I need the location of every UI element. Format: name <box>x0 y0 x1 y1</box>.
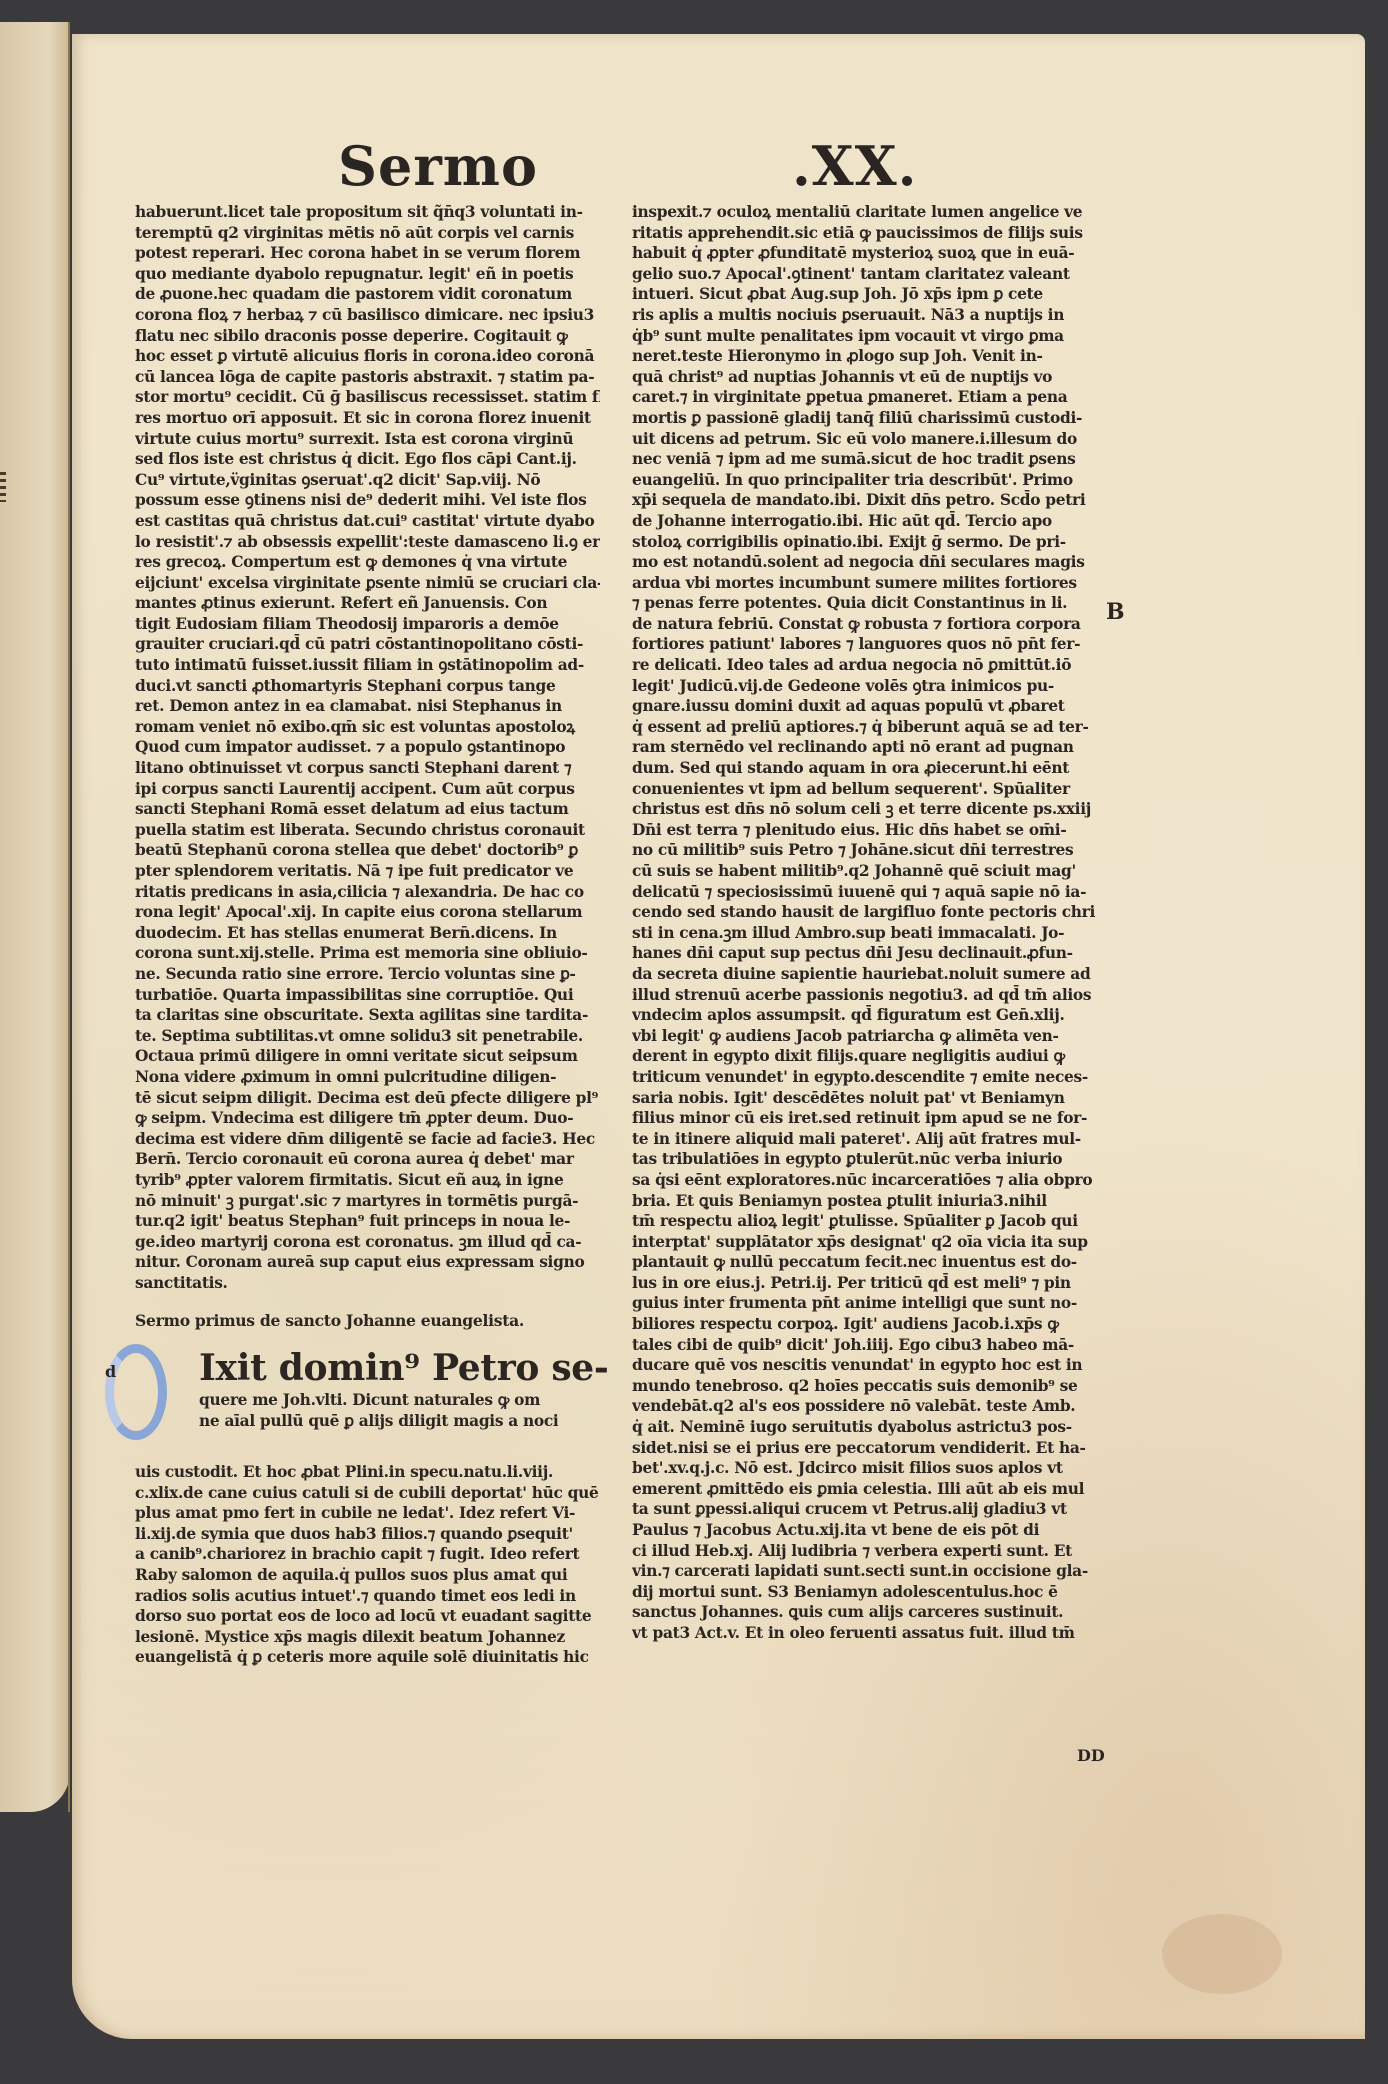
text-line: radios solis acutius intuet'.⁊ quando ti… <box>135 1586 600 1607</box>
text-line: gnare.iussu domini duxit ad aquas populū… <box>632 696 1104 717</box>
text-line: ritatis predicans in asia,cilicia ⁊ alex… <box>135 882 600 903</box>
text-line: habuit q̇ ꝓpter ꝓfunditatē mysterioꝝ suo… <box>632 243 1104 264</box>
text-line: est castitas quā christus dat.cui⁹ casti… <box>135 511 600 532</box>
text-line: Bern̄. Tercio coronauit eū corona aurea … <box>135 1149 600 1170</box>
text-line: uit dicens ad petrum. Sic eū volo manere… <box>632 429 1104 450</box>
text-line: uis custodit. Et hoc ꝓbat Plini.in specu… <box>135 1462 600 1483</box>
text-line: te in itinere aliquid mali pateret'. Ali… <box>632 1129 1104 1150</box>
text-line: euangelistā q̇ ꝑ ceteris more aquile sol… <box>135 1647 600 1668</box>
text-line: vin.⁊ carcerati lapidati sunt.secti sunt… <box>632 1561 1104 1582</box>
text-line: tur.q2 igit' beatus Stephan⁹ fuit prince… <box>135 1211 600 1232</box>
text-line: biliores respectu corpoꝝ. Igit' audiens … <box>632 1314 1104 1335</box>
text-line: decima est videre dn̄m diligentē se faci… <box>135 1129 600 1150</box>
gutter-line <box>68 22 70 1812</box>
text-line: mundo tenebroso. q2 hoīes peccatis suis … <box>632 1376 1104 1397</box>
section-heading: Sermo primus de sancto Johanne euangelis… <box>135 1311 600 1332</box>
text-line: sti in cena.ꝫm illud Ambro.sup beati imm… <box>632 923 1104 944</box>
text-line: de natura febriū. Constat ꝙ robusta ⁊ fo… <box>632 614 1104 635</box>
running-head-left: Sermo <box>338 134 538 198</box>
text-line: corona sunt.xij.stelle. Prima est memori… <box>135 943 600 964</box>
signature-mark: DD <box>1077 1746 1105 1765</box>
text-line: res grecoꝝ. Compertum est ꝙ demones q̇ v… <box>135 552 600 573</box>
text-line: quā christ⁹ ad nuptias Johannis vt eū de… <box>632 367 1104 388</box>
text-line: pter splendorem veritatis. Nā ⁊ ipe fuit… <box>135 861 600 882</box>
text-line: plus amat pmo fert in cubile ne ledat'. … <box>135 1503 600 1524</box>
right-column-text: inspexit.⁊ oculoꝝ mentaliū claritate lum… <box>632 202 1104 1644</box>
text-line: sed flos iste est christus q̇ dicit. Ego… <box>135 449 600 470</box>
text-line: q̇ ait. Neminē iugo seruitutis dyabolus … <box>632 1417 1104 1438</box>
text-line: stor mortu⁹ cecidit. Cū ḡ basiliscus rec… <box>135 387 600 408</box>
text-line: saria nobis. Igit' descēdētes noluit pat… <box>632 1088 1104 1109</box>
text-line: de Johanne interrogatio.ibi. Hic aūt qd̄… <box>632 511 1104 532</box>
text-line: tuto intimatū fuisset.iussit filiam in ꝯ… <box>135 655 600 676</box>
text-line: conuenientes vt ipm ad bellum sequerent'… <box>632 779 1104 800</box>
text-line: te. Septima subtilitas.vt omne solidu3 s… <box>135 1026 600 1047</box>
text-line: inspexit.⁊ oculoꝝ mentaliū claritate lum… <box>632 202 1104 223</box>
text-line: sanctus Johannes. ꝗuis cum alijs carcere… <box>632 1602 1104 1623</box>
text-line: ꝙ seipm. Vndecima est diligere tm̄ ꝓpter… <box>135 1108 600 1129</box>
right-column: inspexit.⁊ oculoꝝ mentaliū claritate lum… <box>632 202 1104 1644</box>
text-line: tē sicut seipm diligit. Decima est deū ꝑ… <box>135 1088 600 1109</box>
text-line: caret.⁊ in virginitate ꝑpetua ꝑmaneret. … <box>632 387 1104 408</box>
previous-leaf-text-edge <box>0 472 6 502</box>
text-line: ta sunt ꝑpessi.aliqui crucem vt Petrus.a… <box>632 1499 1104 1520</box>
text-line: nec veniā ⁊ ipm ad me sumā.sicut de hoc … <box>632 449 1104 470</box>
text-line: re delicati. Ideo tales ad ardua negocia… <box>632 655 1104 676</box>
text-line: cū suis se habent militib⁹.q2 Johannē qu… <box>632 861 1104 882</box>
text-line: vbi legit' ꝙ audiens Jacob patriarcha ꝙ … <box>632 1026 1104 1047</box>
text-line: tigit Eudosiam filiam Theodosij imparori… <box>135 614 600 635</box>
text-line: beatū Stephanū corona stellea que debet'… <box>135 840 600 861</box>
text-line: rona legit' Apocal'.xij. In capite eius … <box>135 902 600 923</box>
text-line: da secreta diuine sapientie hauriebat.no… <box>632 964 1104 985</box>
text-line: ⁊ penas ferre potentes. Quia dicit Const… <box>632 593 1104 614</box>
text-line: possum esse ꝯtinens nisi de⁹ dederit mih… <box>135 490 600 511</box>
text-line: habuerunt.licet tale propositum sit q̃n̄… <box>135 202 600 223</box>
text-line: ipi corpus sancti Laurentij accipent. Cu… <box>135 779 600 800</box>
text-line: q̇b⁹ sunt multe penalitates ipm vocauit … <box>632 326 1104 347</box>
text-line: duci.vt sancti ꝓthomartyris Stephani cor… <box>135 676 600 697</box>
text-line: vndecim aplos assumpsit. qd̄ figuratum e… <box>632 1005 1104 1026</box>
decorated-initial-d <box>105 1344 167 1440</box>
text-line: triticum venundet' in egypto.descendite … <box>632 1067 1104 1088</box>
text-line: xp̄i sequela de mandato.ibi. Dixit dn̄s … <box>632 490 1104 511</box>
text-line: plantauit ꝙ nullū peccatum fecit.nec inu… <box>632 1252 1104 1273</box>
text-line: vendebāt.q2 al's eos possidere nō valebā… <box>632 1396 1104 1417</box>
text-line: ardua vbi mortes incumbunt sumere milite… <box>632 573 1104 594</box>
text-line: corona floꝝ ⁊ herbaꝝ ⁊ cū basilisco dimi… <box>135 305 600 326</box>
text-line: mortis ꝑ passionē gladij tanq̄ filiū cha… <box>632 408 1104 429</box>
text-line: lo resistit'.⁊ ab obsessis expellit':tes… <box>135 532 600 553</box>
text-line: stoloꝝ corrigibilis opinatio.ibi. Exijt … <box>632 532 1104 553</box>
text-line: illud strenuū acerbe passionis negotiu3.… <box>632 985 1104 1006</box>
text-line: delicatū ⁊ speciosissimū iuuenē qui ⁊ aq… <box>632 882 1104 903</box>
text-line: tyrib⁹ ꝓpter valorem firmitatis. Sicut e… <box>135 1170 600 1191</box>
text-line: sidet.nisi se ei prius ere peccatorum ve… <box>632 1438 1104 1459</box>
text-line: hanes dn̄i caput sup pectus dn̄i Jesu de… <box>632 943 1104 964</box>
text-line: ram sternēdo vel reclinando apti nō eran… <box>632 737 1104 758</box>
text-line: romam veniet nō exibo.qm̄ sic est volunt… <box>135 717 600 738</box>
text-line: cendo sed stando hausit de largifluo fon… <box>632 902 1104 923</box>
text-line: ta claritas sine obscuritate. Sexta agil… <box>135 1005 600 1026</box>
left-column: habuerunt.licet tale propositum sit q̃n̄… <box>135 202 600 1668</box>
text-line: tales cibi de quib⁹ dicit' Joh.iiij. Ego… <box>632 1335 1104 1356</box>
text-line: Raby salomon de aquila.q̇ pullos suos pl… <box>135 1565 600 1586</box>
text-line: Octaua primū diligere in omni veritate s… <box>135 1046 600 1067</box>
text-line: fortiores patiunt' labores ⁊ languores q… <box>632 634 1104 655</box>
previous-leaf-edge <box>0 22 70 1812</box>
text-line: flatu nec sibilo draconis posse deperire… <box>135 326 600 347</box>
incipit-lines: quere me Joh.vlti. Dicunt naturales ꝙ om… <box>199 1390 558 1431</box>
text-line: quere me Joh.vlti. Dicunt naturales ꝙ om <box>199 1390 558 1411</box>
text-line: bet'.xv.q.j.c. Nō est. Jdcirco misit fil… <box>632 1458 1104 1479</box>
text-line: litano obtinuisset vt corpus sancti Step… <box>135 758 600 779</box>
text-line: legit' Judicū.vij.de Gedeone volēs ꝯtra … <box>632 676 1104 697</box>
text-line: Cu⁹ virtute,v̈ginitas ꝯseruat'.q2 dicit'… <box>135 470 600 491</box>
text-line: de ꝓuone.hec quadam die pastorem vidit c… <box>135 284 600 305</box>
text-line: vt pat3 Act.v. Et in oleo feruenti assat… <box>632 1623 1104 1644</box>
text-line: grauiter cruciari.qd̄ cū patri cōstantin… <box>135 634 600 655</box>
text-line: dorso suo portat eos de loco ad locū vt … <box>135 1606 600 1627</box>
text-line: sanctitatis. <box>135 1273 600 1294</box>
text-line: ne aīal pullū quē ꝑ alijs diligit magis … <box>199 1411 558 1432</box>
text-line: emerent ꝓmittēdo eis ꝑmia celestia. Illi… <box>632 1479 1104 1500</box>
margin-letter: B <box>1106 599 1125 625</box>
incipit-first-line: Ixit domin⁹ Petro se- <box>199 1348 609 1388</box>
left-column-text: habuerunt.licet tale propositum sit q̃n̄… <box>135 202 600 1293</box>
left-column-text-continued: uis custodit. Et hoc ꝓbat Plini.in specu… <box>135 1462 600 1668</box>
text-line: neret.teste Hieronymo in ꝓlogo sup Joh. … <box>632 346 1104 367</box>
text-line: bria. Et ꝗuis Beniamyn postea ꝑtulit ini… <box>632 1191 1104 1212</box>
text-line: ris aplis a multis nociuis ꝑseruauit. Nā… <box>632 305 1104 326</box>
text-line: tas tribulatiōes in egypto ꝑtulerūt.nūc … <box>632 1149 1104 1170</box>
text-line: q̇ essent ad preliū aptiores.⁊ q̇ biberu… <box>632 717 1104 738</box>
text-line: dij mortui sunt. S3 Beniamyn adolescentu… <box>632 1582 1104 1603</box>
text-line: c.xlix.de cane cuius catuli si de cubili… <box>135 1483 600 1504</box>
text-line: nitur. Coronam aureā sup caput eius expr… <box>135 1252 600 1273</box>
text-line: res mortuo orī apposuit. Et sic in coron… <box>135 408 600 429</box>
text-line: a canib⁹.chariorez in brachio capit ⁊ fu… <box>135 1544 600 1565</box>
text-line: ducare quē vos nescitis venundat' in egy… <box>632 1355 1104 1376</box>
text-line: nō minuit' ꝫ purgat'.sic ⁊ martyres in t… <box>135 1191 600 1212</box>
water-stain <box>1162 1914 1282 1994</box>
text-line: lesionē. Mystice xp̄s magis dilexit beat… <box>135 1627 600 1648</box>
text-line: duodecim. Et has stellas enumerat Bern̄.… <box>135 923 600 944</box>
text-line: ci illud Heb.xj. Alij ludibria ⁊ verbera… <box>632 1541 1104 1562</box>
text-line: mo est notandū.solent ad negocia dn̄i se… <box>632 552 1104 573</box>
text-line: lus in ore eius.j. Petri.ij. Per triticū… <box>632 1273 1104 1294</box>
text-line: ret. Demon antez in ea clamabat. nisi St… <box>135 696 600 717</box>
text-line: intueri. Sicut ꝓbat Aug.sup Joh. Jō xp̄s… <box>632 284 1104 305</box>
text-line: quo mediante dyabolo repugnatur. legit' … <box>135 264 600 285</box>
text-line: virtute cuius mortu⁹ surrexit. Ista est … <box>135 429 600 450</box>
text-line: Paulus ⁊ Jacobus Actu.xij.ita vt bene de… <box>632 1520 1104 1541</box>
text-line: sa q̇si eēnt exploratores.nūc incarcerat… <box>632 1170 1104 1191</box>
text-line: Quod cum impator audisset. ⁊ a populo ꝯs… <box>135 737 600 758</box>
text-line: euangeliū. In quo principaliter tria des… <box>632 470 1104 491</box>
incipit: d Ixit domin⁹ Petro se- quere me Joh.vlt… <box>135 1344 600 1462</box>
text-line: christus est dn̄s nō solum celi ꝫ et ter… <box>632 799 1104 820</box>
text-line: potest reperari. Hec corona habet in se … <box>135 243 600 264</box>
text-line: ge.ideo martyrij corona est coronatus. ꝫ… <box>135 1232 600 1253</box>
text-line: li.xij.de symia que duos hab3 filios.⁊ q… <box>135 1524 600 1545</box>
text-line: eijciunt' excelsa virginitate ꝑsente nim… <box>135 573 600 594</box>
text-line: derent in egypto dixit filijs.quare negl… <box>632 1046 1104 1067</box>
text-line: no cū militib⁹ suis Petro ⁊ Johāne.sicut… <box>632 840 1104 861</box>
text-line: turbatiōe. Quarta impassibilitas sine co… <box>135 985 600 1006</box>
text-line: ne. Secunda ratio sine errore. Tercio vo… <box>135 964 600 985</box>
text-line: dum. Sed qui stando aquam in ora ꝓieceru… <box>632 758 1104 779</box>
text-line: ritatis apprehendit.sic etiā ꝙ paucissim… <box>632 223 1104 244</box>
guide-letter: d <box>105 1362 119 1382</box>
text-line: sancti Stephani Romā esset delatum ad ei… <box>135 799 600 820</box>
text-line: filius minor cū eis iret.sed retinuit ip… <box>632 1108 1104 1129</box>
book-page: Sermo .XX. habuerunt.licet tale proposit… <box>72 34 1365 2039</box>
text-line: guius inter frumenta pn̄t anime intellig… <box>632 1293 1104 1314</box>
text-line: gelio suo.⁊ Apocal'.ꝯtinent' tantam clar… <box>632 264 1104 285</box>
text-line: hoc esset ꝑ virtutē alicuius floris in c… <box>135 346 600 367</box>
text-line: puella statim est liberata. Secundo chri… <box>135 820 600 841</box>
text-line: Nona videre ꝓximum in omni pulcritudine … <box>135 1067 600 1088</box>
text-line: teremptū q2 virginitas mētis nō aūt corp… <box>135 223 600 244</box>
text-line: tm̄ respectu alioꝝ legit' ꝑtulisse. Spūa… <box>632 1211 1104 1232</box>
running-head-right: .XX. <box>792 134 917 198</box>
text-line: Dn̄i est terra ⁊ plenitudo eius. Hic dn̄… <box>632 820 1104 841</box>
text-line: cū lancea lōga de capite pastoris abstra… <box>135 367 600 388</box>
text-line: interptat' supplātator xp̄s designat' q2… <box>632 1232 1104 1253</box>
text-line: mantes ꝓtinus exierunt. Refert eñ Januen… <box>135 593 600 614</box>
